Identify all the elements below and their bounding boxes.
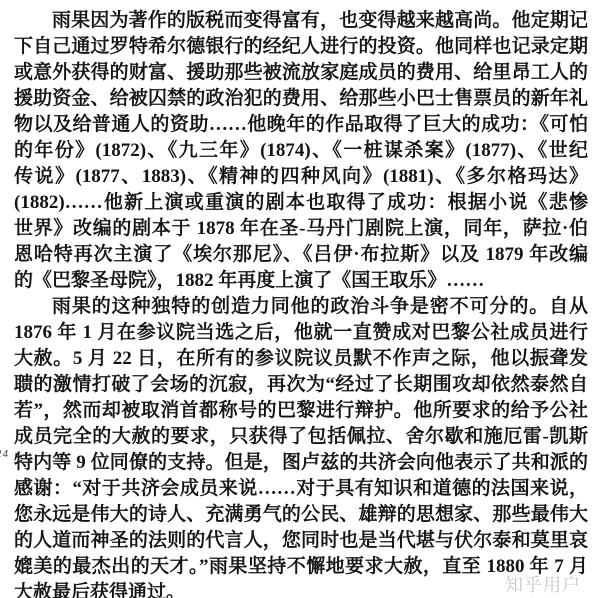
text-line: 聩的激情打破了会场的沉寂，再次为“经过了长期围攻却依然泰然自 bbox=[14, 372, 588, 398]
text-block: 雨果因为著作的版税而变得富有，也变得越来越高尚。他定期记下自己通过罗特希尔德银行… bbox=[14, 8, 588, 598]
text-line: 世界》改编的剧本于 1878 年在圣-马丹门剧院上演，同年，萨拉·伯 bbox=[14, 216, 588, 242]
text-line: 感谢：“对于共济会成员来说……对于具有知识和道德的法国来说， bbox=[14, 476, 588, 502]
text-line: 的年份》(1872)、《九三年》(1874)、《一桩谋杀案》(1877)、《世纪 bbox=[14, 138, 588, 164]
text-line: 传说》(1877、1883)、《精神的四种风向》(1881)、《多尔格玛达》 bbox=[14, 164, 588, 190]
text-line: 媲美的最杰出的天才。”雨果坚持不懈地要求大赦，直至 1880 年 7 月 bbox=[14, 554, 588, 580]
text-line: 援助资金、给被囚禁的政治犯的费用、给那些小巴士售票员的新年礼 bbox=[14, 86, 588, 112]
text-line: 特内等 9 位同僚的支持。但是，图卢兹的共济会向他表示了共和派的 bbox=[14, 450, 588, 476]
text-line: 1876 年 1 月在参议院当选之后，他就一直赞成对巴黎公社成员进行 bbox=[14, 320, 588, 346]
text-line: 雨果的这种独特的创造力同他的政治斗争是密不可分的。自从 bbox=[14, 294, 588, 320]
text-line: (1882)……他新上演或重演的剧本也取得了成功：根据小说《悲惨 bbox=[14, 190, 588, 216]
text-line: 恩哈特再次主演了《埃尔那尼》、《吕伊·布拉斯》以及 1879 年改编 bbox=[14, 242, 588, 268]
text-line: 成员完全的大赦的要求，只获得了包括佩拉、舍尔歇和施厄雷-凯斯 bbox=[14, 424, 588, 450]
text-line: 的《巴黎圣母院》，1882 年再度上演了《国王取乐》…… bbox=[14, 268, 588, 294]
watermark-zhihu-user: 知乎用户 bbox=[505, 571, 581, 597]
text-line: 雨果因为著作的版税而变得富有，也变得越来越高尚。他定期记 bbox=[14, 8, 588, 34]
text-line: 或意外获得的财富、援助那些被流放家庭成员的费用、给里昂工人的 bbox=[14, 60, 588, 86]
document-page: 24 雨果因为著作的版税而变得富有，也变得越来越高尚。他定期记下自己通过罗特希尔… bbox=[0, 0, 601, 598]
margin-page-number: 24 bbox=[0, 448, 9, 460]
text-line: 下自己通过罗特希尔德银行的经纪人进行的投资。他同样也记录定期 bbox=[14, 34, 588, 60]
text-line: 大赦最后获得通过。 bbox=[14, 580, 588, 598]
text-line: 的人道而神圣的法则的代言人，您同时也是当代堪与伏尔泰和莫里哀 bbox=[14, 528, 588, 554]
text-line: 您永远是伟大的诗人、充满勇气的公民、雄辩的思想家、那些最伟大 bbox=[14, 502, 588, 528]
text-line: 物以及给普通人的资助……他晚年的作品取得了巨大的成功：《可怕 bbox=[14, 112, 588, 138]
text-line: 大赦。5 月 22 日，在所有的参议院议员默不作声之际，他以振聋发 bbox=[14, 346, 588, 372]
text-line: 若”，然而却被取消首都称号的巴黎进行辩护。他所要求的给予公社 bbox=[14, 398, 588, 424]
